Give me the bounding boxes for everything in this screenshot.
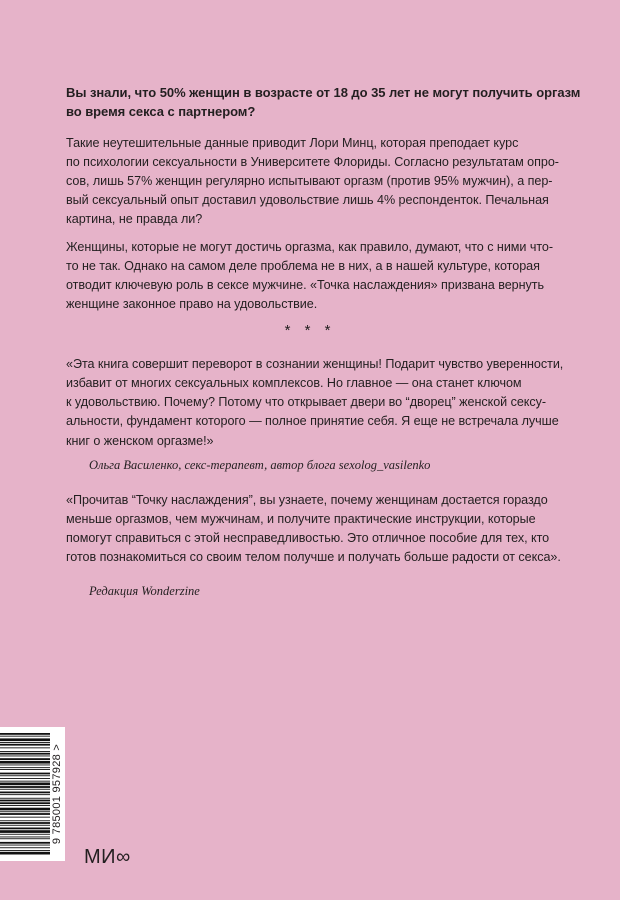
quote-attribution: Редакция Wonderzine	[89, 583, 200, 599]
barcode-bars-icon	[0, 733, 50, 855]
quote-line: «Прочитав “Точку наслаждения”, вы узнает…	[66, 492, 548, 508]
section-separator: * * *	[0, 323, 620, 339]
quote-line: меньше оргазмов, чем мужчинам, и получит…	[66, 511, 536, 527]
quote-line: книг о женском оргазме!»	[66, 433, 214, 449]
paragraph-line: сов, лишь 57% женщин регулярно испытываю…	[66, 173, 552, 189]
isbn-barcode: 9 785001 957928 >	[0, 727, 65, 861]
quote-line: к удовольствию. Почему? Потому что откры…	[66, 394, 546, 410]
paragraph-line: Такие неутешительные данные приводит Лор…	[66, 135, 518, 151]
paragraph-line: вый сексуальный опыт доставил удовольств…	[66, 192, 549, 208]
paragraph-line: по психологии сексуальности в Университе…	[66, 154, 559, 170]
quote-attribution: Ольга Василенко, секс-терапевт, автор бл…	[89, 457, 430, 473]
publisher-logo: МИ∞	[84, 846, 131, 868]
quote-line: «Эта книга совершит переворот в сознании…	[66, 356, 563, 372]
quote-line: избавит от многих сексуальных комплексов…	[66, 375, 522, 391]
isbn-number: 9 785001 957928 >	[51, 744, 63, 844]
quote-line: помогут справиться с этой несправедливос…	[66, 530, 549, 546]
paragraph-line: то не так. Однако на самом деле проблема…	[66, 258, 540, 274]
quote-line: готов познакомиться со своим телом получ…	[66, 549, 561, 565]
book-back-cover: Вы знали, что 50% женщин в возрасте от 1…	[0, 0, 620, 900]
paragraph-line: отводит ключевую роль в сексе мужчине. «…	[66, 277, 544, 293]
headline-line: Вы знали, что 50% женщин в возрасте от 1…	[66, 85, 580, 101]
headline-line: во время секса с партнером?	[66, 104, 255, 120]
quote-line: альности, фундамент которого — полное пр…	[66, 413, 559, 429]
paragraph-line: Женщины, которые не могут достичь оргазм…	[66, 239, 553, 255]
paragraph-line: картина, не правда ли?	[66, 211, 202, 227]
paragraph-line: женщине законное право на удовольствие.	[66, 296, 317, 312]
